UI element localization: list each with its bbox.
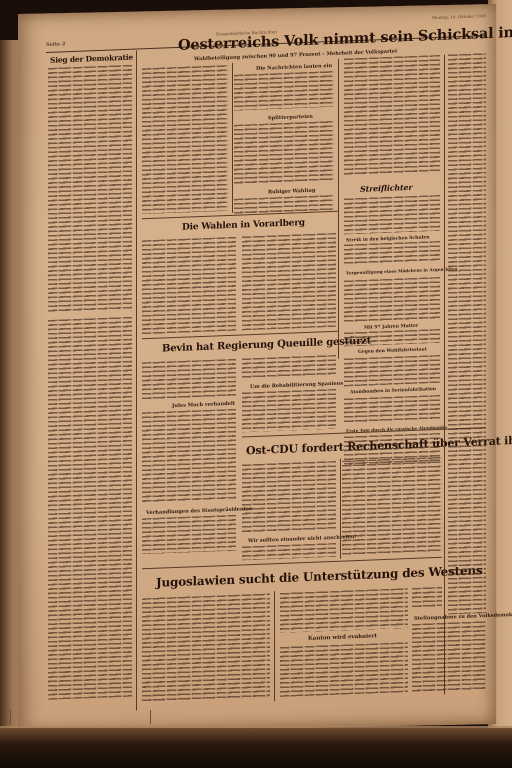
article-right-fragment (412, 587, 442, 608)
subhead-jules-moch: Jules Moch verhandelt (172, 401, 235, 409)
column-divider (444, 55, 445, 695)
column-divider (136, 51, 137, 711)
article-stellungnahme (412, 621, 486, 692)
vorarlberg-headline: Die Wahlen in Vorarlberg (182, 218, 305, 233)
article-main-col2 (234, 71, 334, 111)
article-jugoslawien-col2 (280, 588, 408, 633)
subhead-wohlfahrt: Gegen den Wohlfahrtsstaat (358, 347, 427, 355)
bevin-headline: Bevin hat Regierung Queuille gestürzt (162, 336, 371, 355)
subhead-ruhiger-wahltag: Ruhiger Wahltag (268, 188, 315, 196)
subhead-maedchen: Vergewaltigung eines Mädchens in Argenti… (346, 266, 457, 275)
article-wohlfahrt (344, 355, 440, 387)
article-sieg-demokratie-cont (48, 317, 132, 700)
issue-date: Montag, 10. Oktober 1949 (432, 13, 486, 20)
subhead-splitterparteien: Splitterparteien (268, 114, 313, 122)
article-streiflichter (344, 195, 440, 235)
column-divider (232, 63, 233, 213)
article-bevin-col2 (242, 355, 336, 381)
article-jules-moch (142, 409, 236, 505)
article-rehabilitierung (242, 389, 336, 433)
article-ost-cdu-col2 (342, 457, 442, 557)
article-vorarlberg-col2 (242, 233, 336, 331)
article-right-edge (448, 53, 486, 614)
subhead-verhandlungen: Verhandlungen des Staatspräsidenten (146, 506, 253, 516)
left-headline: Sieg der Demokratie (50, 53, 133, 65)
article-bevin-col1 (142, 359, 236, 401)
article-sieg-demokratie (48, 65, 132, 314)
article-splitterparteien (234, 121, 334, 185)
column-divider (340, 459, 341, 559)
article-kanton (280, 642, 408, 697)
article-atombomben (344, 395, 440, 425)
book-bottom-shadow (0, 728, 512, 768)
jugoslawien-headline: Jugoslawien sucht die Unterstützung des … (156, 563, 483, 590)
article-vorarlberg-col1 (142, 237, 236, 335)
article-verhandlungen (142, 515, 236, 555)
column-divider (274, 591, 275, 701)
page-tear (10, 710, 13, 724)
newspaper-content: Seite 2 Burgenländische Nachrichten Mont… (46, 13, 486, 720)
streiflichter-heading: Streiflichter (360, 182, 412, 194)
article-maedchen (344, 277, 440, 323)
article-jugoslawien-col1 (142, 593, 270, 702)
page-tear (150, 710, 153, 724)
article-main-col1 (142, 65, 228, 214)
article-main-col3 (344, 55, 440, 177)
column-divider (338, 59, 339, 359)
subhead-atombomben: Atombomben in Serienfabrikation (350, 387, 436, 395)
article-ost-cdu-col1 (242, 461, 336, 535)
article-nicht-anschreien (242, 543, 336, 561)
subhead-kanton: Kanton wird evakuiert (308, 633, 377, 642)
article-streik-belgien (344, 241, 440, 267)
page-number: Seite 2 (46, 41, 65, 48)
